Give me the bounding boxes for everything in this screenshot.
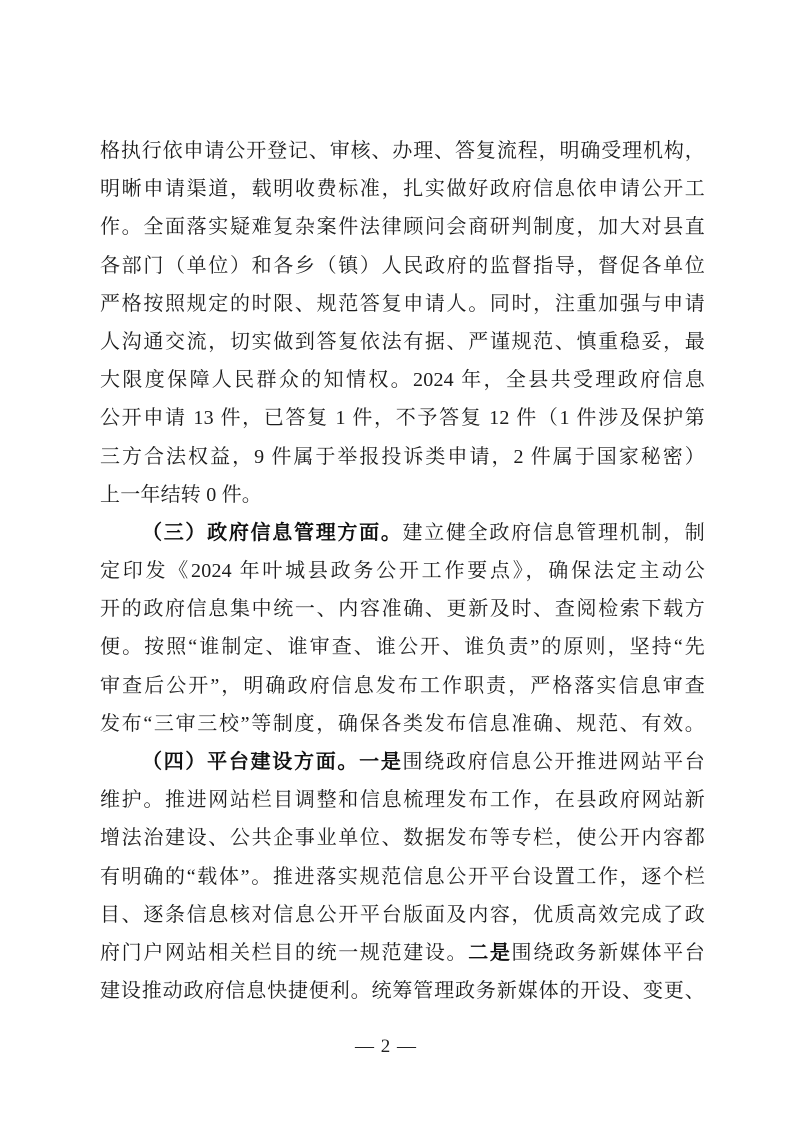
text-line: 增法治建设、公共企事业单位、数据发布等专栏，使公开内容都 <box>100 819 705 857</box>
section-heading: （三）政府信息管理方面。 <box>142 522 403 544</box>
text-line: 作。全面落实疑难复杂案件法律顾问会商研判制度，加大对县直 <box>100 208 705 246</box>
text-line: 格执行依申请公开登记、审核、办理、答复流程，明确受理机构， <box>100 132 705 170</box>
document-body: 格执行依申请公开登记、审核、办理、答复流程，明确受理机构， 明晰申请渠道，载明收… <box>100 132 705 1010</box>
text-line: 发布“三审三校”等制度，确保各类发布信息准确、规范、有效。 <box>100 705 705 743</box>
text-line: （四）平台建设方面。一是围绕政府信息公开推进网站平台 <box>100 743 705 781</box>
text-line: 各部门（单位）和各乡（镇）人民政府的监督指导，督促各单位 <box>100 247 705 285</box>
document-page: 格执行依申请公开登记、审核、办理、答复流程，明确受理机构， 明晰申请渠道，载明收… <box>0 0 793 1122</box>
text-run: 围绕政府信息公开推进网站平台 <box>403 751 705 773</box>
text-line: 三方合法权益，9 件属于举报投诉类申请，2 件属于国家秘密） <box>100 438 705 476</box>
list-marker-bold: 二是 <box>468 942 511 964</box>
text-line: 定印发《2024 年叶城县政务公开工作要点》，确保法定主动公 <box>100 552 705 590</box>
text-line: 严格按照规定的时限、规范答复申请人。同时，注重加强与申请 <box>100 285 705 323</box>
text-line: 便。按照“谁制定、谁审查、谁公开、谁负责”的原则，坚持“先 <box>100 628 705 666</box>
page-number: — 2 — <box>0 1036 772 1058</box>
text-run: 建立健全政府信息管理机制，制 <box>403 522 705 544</box>
text-line: 开的政府信息集中统一、内容准确、更新及时、查阅检索下载方 <box>100 590 705 628</box>
text-line: 人沟通交流，切实做到答复依法有据、严谨规范、慎重稳妥，最 <box>100 323 705 361</box>
text-line: 公开申请 13 件，已答复 1 件，不予答复 12 件（1 件涉及保护第 <box>100 399 705 437</box>
text-run: 府门户网站相关栏目的统一规范建设。 <box>100 942 468 964</box>
text-line: 府门户网站相关栏目的统一规范建设。二是围绕政务新媒体平台 <box>100 934 705 972</box>
text-line: 建设推动政府信息快捷便利。统筹管理政务新媒体的开设、变更、 <box>100 972 705 1010</box>
text-run: 围绕政务新媒体平台 <box>512 942 705 964</box>
section-heading: （四）平台建设方面。一是 <box>142 751 403 773</box>
text-line: 目、逐条信息核对信息公开平台版面及内容，优质高效完成了政 <box>100 896 705 934</box>
text-line: 大限度保障人民群众的知情权。2024 年，全县共受理政府信息 <box>100 361 705 399</box>
text-line: 有明确的“载体”。推进落实规范信息公开平台设置工作，逐个栏 <box>100 858 705 896</box>
text-line: 上一年结转 0 件。 <box>100 476 705 514</box>
text-line: 审查后公开”，明确政府信息发布工作职责，严格落实信息审查 <box>100 667 705 705</box>
text-line: 明晰申请渠道，载明收费标准，扎实做好政府信息依申请公开工 <box>100 170 705 208</box>
text-line: 维护。推进网站栏目调整和信息梳理发布工作，在县政府网站新 <box>100 781 705 819</box>
text-line: （三）政府信息管理方面。建立健全政府信息管理机制，制 <box>100 514 705 552</box>
